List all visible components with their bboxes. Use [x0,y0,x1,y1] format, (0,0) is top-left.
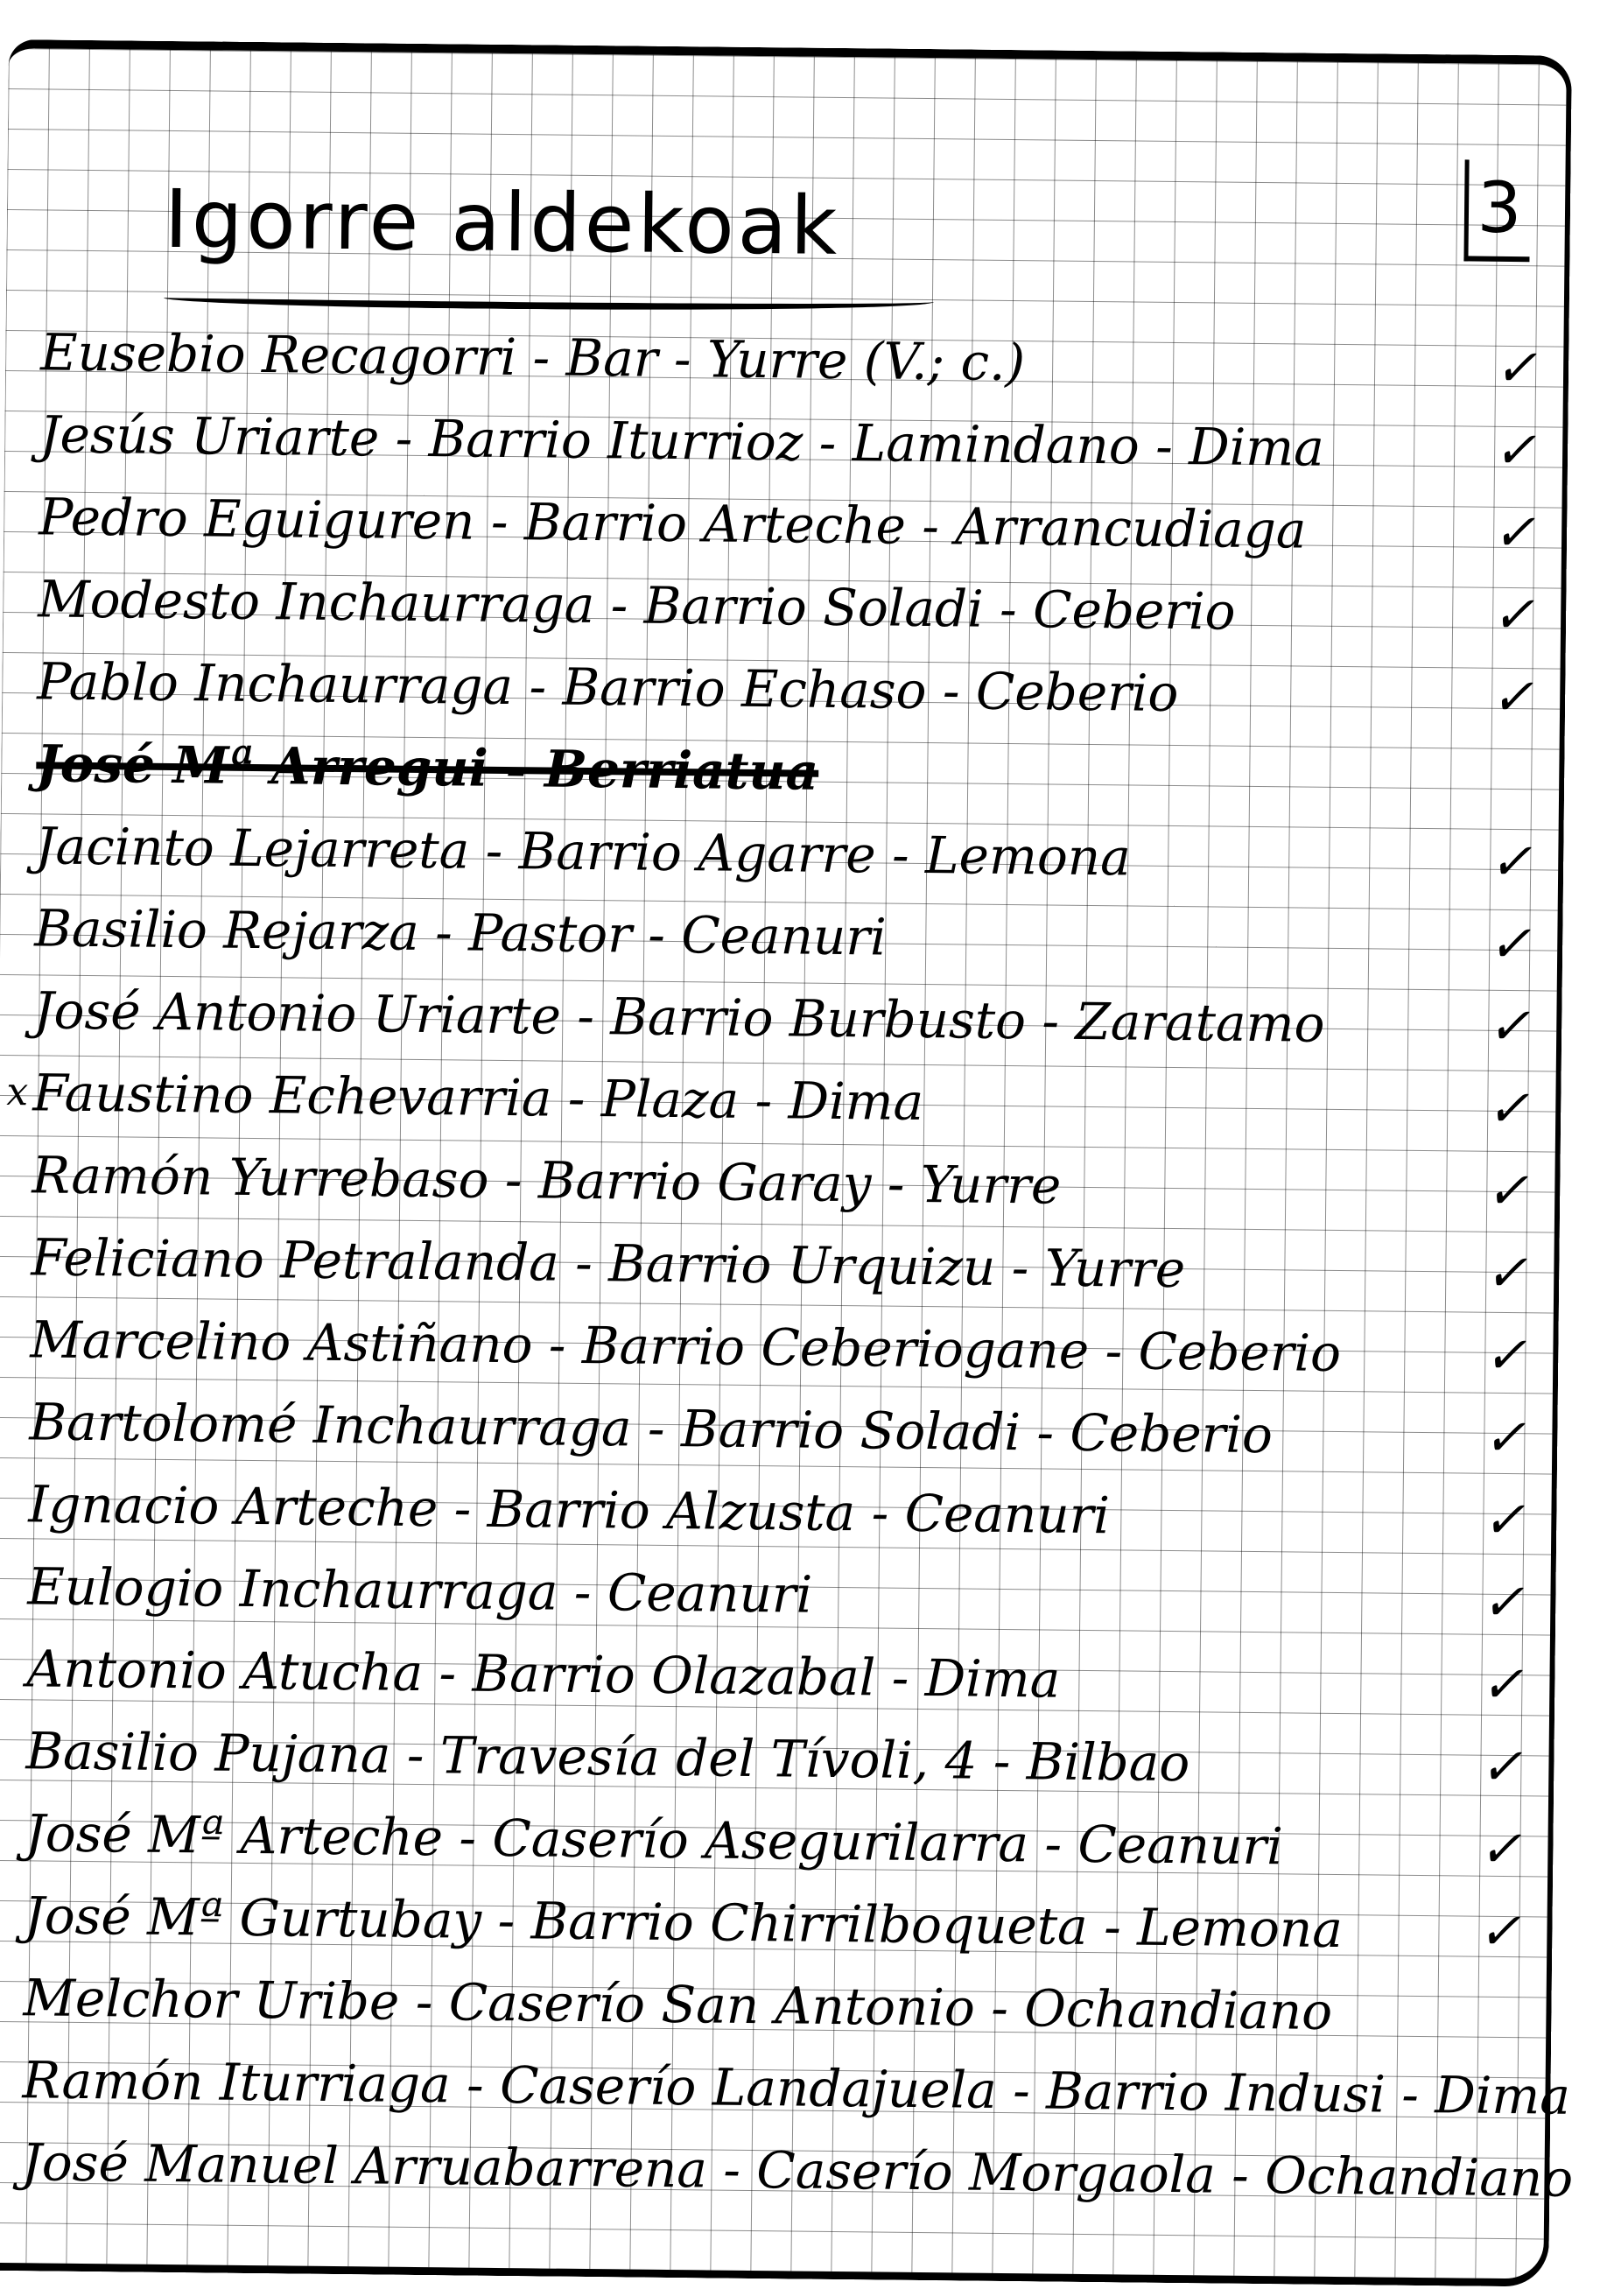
entry-text: Feliciano Petralanda - Barrio Urquizu - … [31,1227,1185,1299]
checkmark-icon: ✓ [1478,1808,1522,1891]
entry-text: Ignacio Arteche - Barrio Alzusta - Ceanu… [28,1474,1110,1545]
list-item: José Antonio Uriarte - Barrio Burbusto -… [33,969,1540,1067]
checkmark-icon: ✓ [1481,1561,1525,1644]
list-item: Jesús Uriarte - Barrio Iturrioz - Lamind… [39,393,1546,491]
entry-text: José Antonio Uriarte - Barrio Burbusto -… [33,980,1325,1053]
list-item: Eusebio Recagorri - Bar - Yurre (V.; c.)… [40,311,1547,409]
entry-text: Pedro Eguiguren - Barrio Arteche - Arran… [39,487,1307,559]
checkmark-icon: ✓ [1489,820,1533,903]
checkmark-icon: ✓ [1492,491,1536,574]
checkmark-icon: ✓ [1488,902,1532,986]
entry-text: Jacinto Lejarreta - Barrio Agarre - Lemo… [35,816,1131,887]
checkmark-icon: ✓ [1480,1643,1524,1726]
list-item: Marcelino Astiñano - Barrio Ceberiogane … [30,1298,1536,1396]
entry-text: Basilio Pujana - Travesía del Tívoli, 4 … [25,1721,1189,1793]
entry-text: Faustino Echevarria - Plaza - Dima [32,1063,924,1132]
list-item: Antonio Atucha - Barrio Olazabal - Dima✓ [26,1627,1533,1725]
entry-text: Ramón Iturriaga - Caserío Landajuela - B… [22,2050,1570,2126]
checkmark-icon: ✓ [1483,1396,1526,1479]
list-item: José Manuel Arruabarrena - Caserío Morga… [21,2121,1527,2219]
checkmark-icon: ✓ [1486,1067,1530,1150]
list-item: Bartolomé Inchaurraga - Barrio Soladi - … [29,1380,1535,1478]
entry-text: José Mª Arteche - Caserío Asegurilarra -… [25,1803,1283,1876]
entry-text: José Mª Arregui - Berriatua [36,734,819,801]
cross-mark-icon: x [6,1051,29,1134]
list-item: Ramón Yurrebaso - Barrio Garay - Yurre✓ [32,1134,1538,1232]
checkmark-icon: ✓ [1479,1725,1523,1808]
list-item: Eulogio Inchaurraga - Ceanuri✓ [27,1545,1533,1643]
checkmark-icon: ✓ [1482,1478,1526,1562]
list-item: Pablo Inchaurraga - Barrio Echaso - Cebe… [37,640,1543,738]
list-item: Feliciano Petralanda - Barrio Urquizu - … [31,1216,1537,1314]
page-title: Igorre aldekoak [164,172,841,273]
list-item: Pedro Eguiguren - Barrio Arteche - Arran… [39,475,1545,573]
entry-text: Melchor Uribe - Caserío San Antonio - Oc… [23,1968,1332,2041]
entry-text: José Mª Gurtubay - Barrio Chirrilboqueta… [24,1885,1343,1959]
list-item: Ramón Iturriaga - Caserío Landajuela - B… [22,2039,1528,2137]
list-item: José Mª Gurtubay - Barrio Chirrilboqueta… [24,1874,1530,1972]
entry-text: Antonio Atucha - Barrio Olazabal - Dima [26,1639,1061,1709]
checkmark-icon: ✓ [1491,656,1534,739]
list-item: Ignacio Arteche - Barrio Alzusta - Ceanu… [28,1463,1534,1561]
entry-text: Bartolomé Inchaurraga - Barrio Soladi - … [29,1392,1273,1464]
notebook-page: Igorre aldekoak 3 Eusebio Recagorri - Ba… [0,39,1572,2287]
checkmark-icon: ✓ [1485,1149,1529,1232]
checkmark-icon: ✓ [1494,326,1538,410]
entry-text: Eusebio Recagorri - Bar - Yurre (V.; c.) [40,322,1026,392]
checkmark-icon: ✓ [1491,573,1535,657]
list-item: Jacinto Lejarreta - Barrio Agarre - Lemo… [35,804,1541,902]
entry-text: Pablo Inchaurraga - Barrio Echaso - Cebe… [37,651,1179,723]
list-item: Basilio Rejarza - Pastor - Ceanuri✓ [34,887,1540,985]
checkmark-icon: ✓ [1484,1232,1528,1315]
list-item: Melchor Uribe - Caserío San Antonio - Oc… [23,1956,1529,2054]
checkmark-icon: ✓ [1477,1890,1521,1973]
page-number: 3 [1463,159,1530,262]
entry-text: José Manuel Arruabarrena - Caserío Morga… [21,2132,1573,2208]
checkmark-icon: ✓ [1493,409,1537,492]
entry-text: Modesto Inchaurraga - Barrio Soladi - Ce… [38,569,1236,641]
entry-text: Marcelino Astiñano - Barrio Ceberiogane … [30,1309,1341,1383]
list-item: Basilio Pujana - Travesía del Tívoli, 4 … [25,1710,1532,1808]
list-item: Modesto Inchaurraga - Barrio Soladi - Ce… [38,558,1544,656]
entry-text: Ramón Yurrebaso - Barrio Garay - Yurre [32,1145,1062,1215]
list-item: José Mª Arregui - Berriatua [36,722,1542,820]
checkmark-icon: ✓ [1487,985,1531,1068]
list-item: José Mª Arteche - Caserío Asegurilarra -… [25,1792,1531,1890]
checkmark-icon: ✓ [1484,1314,1527,1397]
entry-text: Eulogio Inchaurraga - Ceanuri [27,1556,812,1624]
entry-text: Basilio Rejarza - Pastor - Ceanuri [34,898,887,966]
entry-text: Jesús Uriarte - Barrio Iturrioz - Lamind… [39,404,1324,477]
list-item: xFaustino Echevarria - Plaza - Dima✓ [32,1051,1539,1149]
title-underline [164,286,934,313]
entry-list: Eusebio Recagorri - Bar - Yurre (V.; c.)… [21,311,1547,2219]
